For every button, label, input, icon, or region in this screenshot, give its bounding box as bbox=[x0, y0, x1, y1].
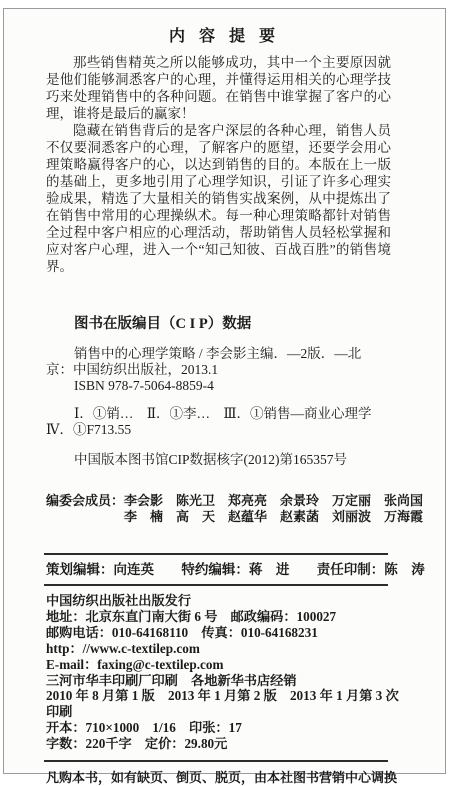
cip-heading: 图书在版编目（C I P）数据 bbox=[46, 315, 397, 333]
divider-top bbox=[44, 553, 388, 555]
email-line: E-mail：faxing@c-textilep.com bbox=[46, 657, 405, 673]
divider-middle bbox=[44, 584, 388, 586]
summary-paragraph-2: 隐藏在销售背后的是客户深层的各种心理，销售人员不仅要洞悉客户的心理，了解客户的愿… bbox=[46, 122, 391, 275]
committee-members-row-1: 李会影 陈光卫 郑亮亮 余景玲 万定丽 张尚国 bbox=[124, 493, 423, 508]
summary-section: 那些销售精英之所以能够成功，其中一个主要原因就是他们能够洞悉客户的心理，并懂得运… bbox=[46, 54, 391, 275]
special-editor-label: 特约编辑： bbox=[181, 562, 249, 577]
print-supervisor-name: 陈 涛 bbox=[384, 562, 425, 577]
summary-paragraph-1: 那些销售精英之所以能够成功，其中一个主要原因就是他们能够洞悉客户的心理，并懂得运… bbox=[46, 54, 391, 122]
cip-record-line-2: 京：中国纺织出版社，2013.1 bbox=[46, 362, 397, 378]
copyright-page: 内 容 提 要 那些销售精英之所以能够成功，其中一个主要原因就是他们能够洞悉客户… bbox=[3, 8, 446, 774]
special-editor: 特约编辑：蒋 进 bbox=[181, 562, 289, 577]
cip-registry-number: 中国版本图书馆CIP数据核字(2012)第165357号 bbox=[46, 452, 397, 468]
editorial-committee: 编委会成员：李会影 陈光卫 郑亮亮 余景玲 万定丽 张尚国 李 楠 高 天 赵蕴… bbox=[46, 493, 445, 524]
print-supervisor-label: 责任印制： bbox=[317, 562, 385, 577]
classification-line-1: Ⅰ．①销… Ⅱ．①李… Ⅲ．①销售—商业心理学 bbox=[46, 406, 397, 422]
publication-info: 中国纺织出版社出版发行 地址：北京东直门南大街 6 号 邮政编码：100027 … bbox=[46, 593, 405, 752]
committee-members-row-2: 李 楠 高 天 赵蕴华 赵素菡 刘丽波 万海霞 bbox=[46, 509, 445, 525]
phone-fax-line: 邮购电话：010-64168110 传真：010-64168231 bbox=[46, 625, 405, 641]
divider-bottom bbox=[44, 760, 388, 762]
publisher-line: 中国纺织出版社出版发行 bbox=[46, 593, 405, 609]
planning-editor-label: 策划编辑： bbox=[46, 562, 114, 577]
cip-classification: Ⅰ．①销… Ⅱ．①李… Ⅲ．①销售—商业心理学 Ⅳ．①F713.55 bbox=[46, 406, 397, 438]
committee-row-1: 编委会成员：李会影 陈光卫 郑亮亮 余景玲 万定丽 张尚国 bbox=[46, 493, 445, 509]
planning-editor: 策划编辑：向连英 bbox=[46, 562, 154, 577]
special-editor-name: 蒋 进 bbox=[249, 562, 290, 577]
editors-line: 策划编辑：向连英 特约编辑：蒋 进 责任印制：陈 涛 bbox=[46, 561, 445, 578]
cip-record-line-1: 销售中的心理学策略 / 李会影主编．—2版．—北 bbox=[46, 346, 397, 362]
classification-line-2: Ⅳ．①F713.55 bbox=[46, 422, 397, 438]
print-supervisor: 责任印制：陈 涛 bbox=[317, 562, 425, 577]
purchase-notice: 凡购本书，如有缺页、倒页、脱页，由本社图书营销中心调换 bbox=[46, 770, 445, 777]
printer-line: 三河市华丰印刷厂印刷 各地新华书店经销 bbox=[46, 673, 405, 689]
summary-title: 内 容 提 要 bbox=[4, 23, 445, 46]
committee-label: 编委会成员： bbox=[46, 493, 124, 508]
format-line: 开本：710×1000 1/16 印张：17 bbox=[46, 720, 405, 736]
edition-line: 2010 年 8 月第 1 版 2013 年 1 月第 2 版 2013 年 1… bbox=[46, 688, 405, 720]
cip-record: 销售中的心理学策略 / 李会影主编．—2版．—北 京：中国纺织出版社，2013.… bbox=[46, 346, 397, 394]
cip-section: 图书在版编目（C I P）数据 销售中的心理学策略 / 李会影主编．—2版．—北… bbox=[46, 315, 397, 468]
address-line: 地址：北京东直门南大街 6 号 邮政编码：100027 bbox=[46, 609, 405, 625]
isbn-line: ISBN 978-7-5064-8859-4 bbox=[46, 378, 397, 394]
website-line: http：//www.c-textilep.com bbox=[46, 641, 405, 657]
planning-editor-name: 向连英 bbox=[114, 562, 155, 577]
wordcount-price-line: 字数：220千字 定价：29.80元 bbox=[46, 736, 405, 752]
